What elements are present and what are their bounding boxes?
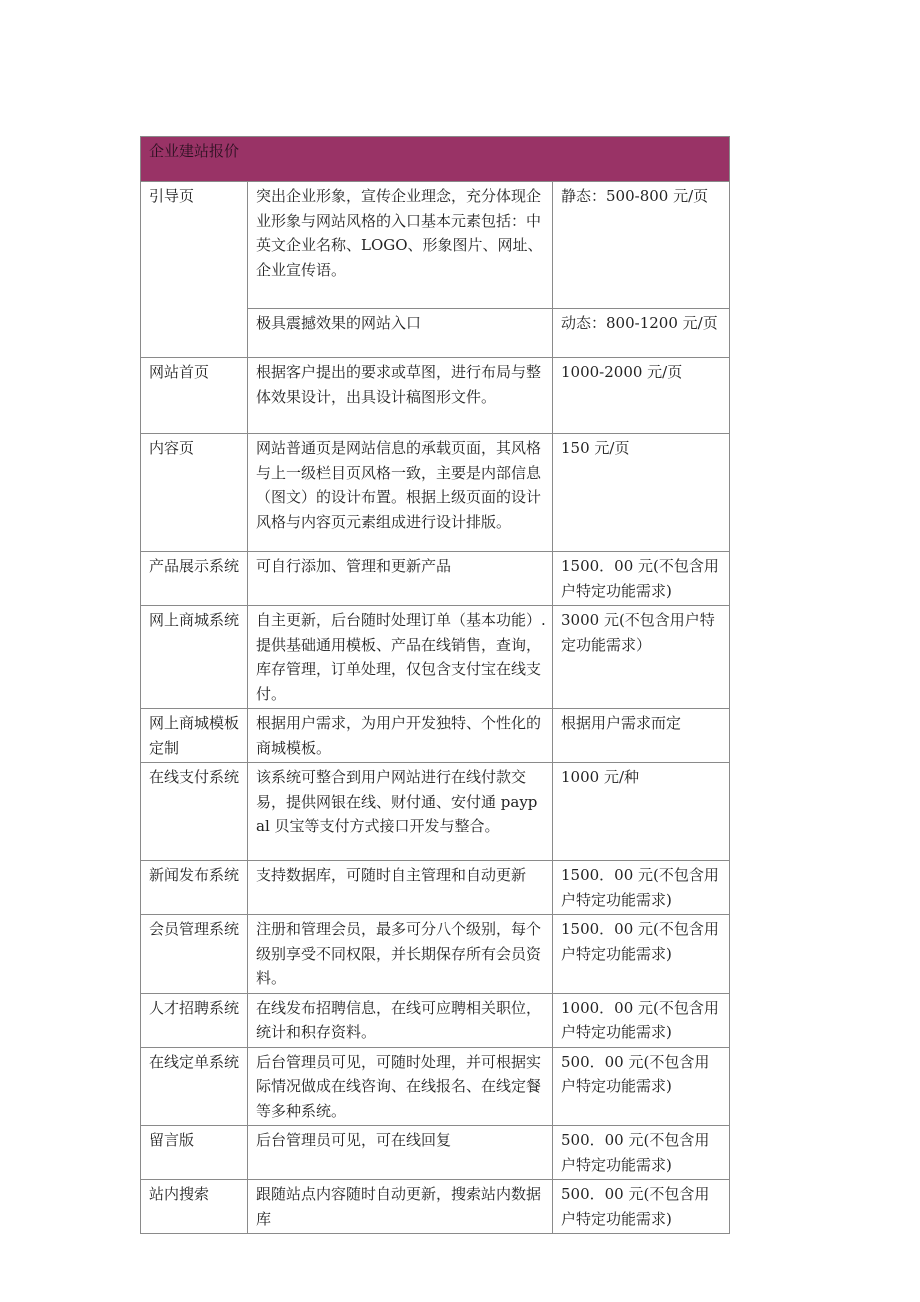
table-row: 内容页 网站普通页是网站信息的承载页面，其风格与上一级栏目页风格一致，主要是内部… bbox=[141, 434, 730, 552]
item-name: 网上商城模板定制 bbox=[141, 709, 248, 763]
item-name: 会员管理系统 bbox=[141, 915, 248, 994]
item-price: 1500．00 元(不包含用户特定功能需求) bbox=[553, 552, 730, 606]
item-description: 跟随站点内容随时自动更新，搜索站内数据库 bbox=[248, 1180, 553, 1234]
item-price: 1500．00 元(不包含用户特定功能需求) bbox=[553, 915, 730, 994]
table-row: 人才招聘系统 在线发布招聘信息，在线可应聘相关职位，统计和积存资料。 1000．… bbox=[141, 993, 730, 1047]
item-price: 根据用户需求而定 bbox=[553, 709, 730, 763]
item-name: 人才招聘系统 bbox=[141, 993, 248, 1047]
item-price: 3000 元(不包含用户特定功能需求） bbox=[553, 606, 730, 709]
item-name: 在线支付系统 bbox=[141, 763, 248, 861]
item-name: 站内搜索 bbox=[141, 1180, 248, 1234]
table-title: 企业建站报价 bbox=[141, 137, 730, 182]
table-row: 引导页 突出企业形象，宣传企业理念，充分体现企业形象与网站风格的入口基本元素包括… bbox=[141, 182, 730, 309]
item-price: 500．00 元(不包含用户特定功能需求) bbox=[553, 1180, 730, 1234]
item-name: 网站首页 bbox=[141, 358, 248, 434]
item-price: 1000 元/种 bbox=[553, 763, 730, 861]
table-row: 站内搜索 跟随站点内容随时自动更新，搜索站内数据库 500．00 元(不包含用户… bbox=[141, 1180, 730, 1234]
item-name: 内容页 bbox=[141, 434, 248, 552]
item-description: 该系统可整合到用户网站进行在线付款交易，提供网银在线、财付通、安付通 paypa… bbox=[248, 763, 553, 861]
table-row: 在线定单系统 后台管理员可见，可随时处理，并可根据实际情况做成在线咨询、在线报名… bbox=[141, 1047, 730, 1126]
table-row: 网站首页 根据客户提出的要求或草图，进行布局与整体效果设计，出具设计稿图形文件。… bbox=[141, 358, 730, 434]
item-name: 引导页 bbox=[141, 182, 248, 358]
item-price: 静态：500-800 元/页 bbox=[553, 182, 730, 309]
item-name: 网上商城系统 bbox=[141, 606, 248, 709]
item-description: 后台管理员可见，可在线回复 bbox=[248, 1126, 553, 1180]
table-row: 产品展示系统 可自行添加、管理和更新产品 1500．00 元(不包含用户特定功能… bbox=[141, 552, 730, 606]
item-description: 支持数据库，可随时自主管理和自动更新 bbox=[248, 861, 553, 915]
table-row: 会员管理系统 注册和管理会员，最多可分八个级别，每个级别享受不同权限，并长期保存… bbox=[141, 915, 730, 994]
item-description: 注册和管理会员，最多可分八个级别，每个级别享受不同权限，并长期保存所有会员资料。 bbox=[248, 915, 553, 994]
item-description: 根据用户需求，为用户开发独特、个性化的商城模板。 bbox=[248, 709, 553, 763]
item-price: 1000．00 元(不包含用户特定功能需求) bbox=[553, 993, 730, 1047]
item-description: 自主更新，后台随时处理订单（基本功能）.提供基础通用模板、产品在线销售，查询，库… bbox=[248, 606, 553, 709]
table-row: 留言版 后台管理员可见，可在线回复 500．00 元(不包含用户特定功能需求) bbox=[141, 1126, 730, 1180]
table-row: 网上商城系统 自主更新，后台随时处理订单（基本功能）.提供基础通用模板、产品在线… bbox=[141, 606, 730, 709]
item-name: 在线定单系统 bbox=[141, 1047, 248, 1126]
item-description: 后台管理员可见，可随时处理，并可根据实际情况做成在线咨询、在线报名、在线定餐等多… bbox=[248, 1047, 553, 1126]
item-price: 1500．00 元(不包含用户特定功能需求) bbox=[553, 861, 730, 915]
item-description: 可自行添加、管理和更新产品 bbox=[248, 552, 553, 606]
table-row: 在线支付系统 该系统可整合到用户网站进行在线付款交易，提供网银在线、财付通、安付… bbox=[141, 763, 730, 861]
item-price: 动态：800-1200 元/页 bbox=[553, 309, 730, 358]
item-name: 留言版 bbox=[141, 1126, 248, 1180]
pricing-table: 企业建站报价 引导页 突出企业形象，宣传企业理念，充分体现企业形象与网站风格的入… bbox=[140, 136, 730, 1234]
item-description: 在线发布招聘信息，在线可应聘相关职位，统计和积存资料。 bbox=[248, 993, 553, 1047]
item-name: 新闻发布系统 bbox=[141, 861, 248, 915]
item-description: 极具震撼效果的网站入口 bbox=[248, 309, 553, 358]
item-name: 产品展示系统 bbox=[141, 552, 248, 606]
item-price: 500．00 元(不包含用户特定功能需求) bbox=[553, 1126, 730, 1180]
item-description: 网站普通页是网站信息的承载页面，其风格与上一级栏目页风格一致，主要是内部信息（图… bbox=[248, 434, 553, 552]
item-price: 150 元/页 bbox=[553, 434, 730, 552]
table-row: 新闻发布系统 支持数据库，可随时自主管理和自动更新 1500．00 元(不包含用… bbox=[141, 861, 730, 915]
item-price: 500．00 元(不包含用户特定功能需求) bbox=[553, 1047, 730, 1126]
item-description: 根据客户提出的要求或草图，进行布局与整体效果设计，出具设计稿图形文件。 bbox=[248, 358, 553, 434]
table-header-row: 企业建站报价 bbox=[141, 137, 730, 182]
table-row: 网上商城模板定制 根据用户需求，为用户开发独特、个性化的商城模板。 根据用户需求… bbox=[141, 709, 730, 763]
item-price: 1000-2000 元/页 bbox=[553, 358, 730, 434]
item-description: 突出企业形象，宣传企业理念，充分体现企业形象与网站风格的入口基本元素包括：中英文… bbox=[248, 182, 553, 309]
